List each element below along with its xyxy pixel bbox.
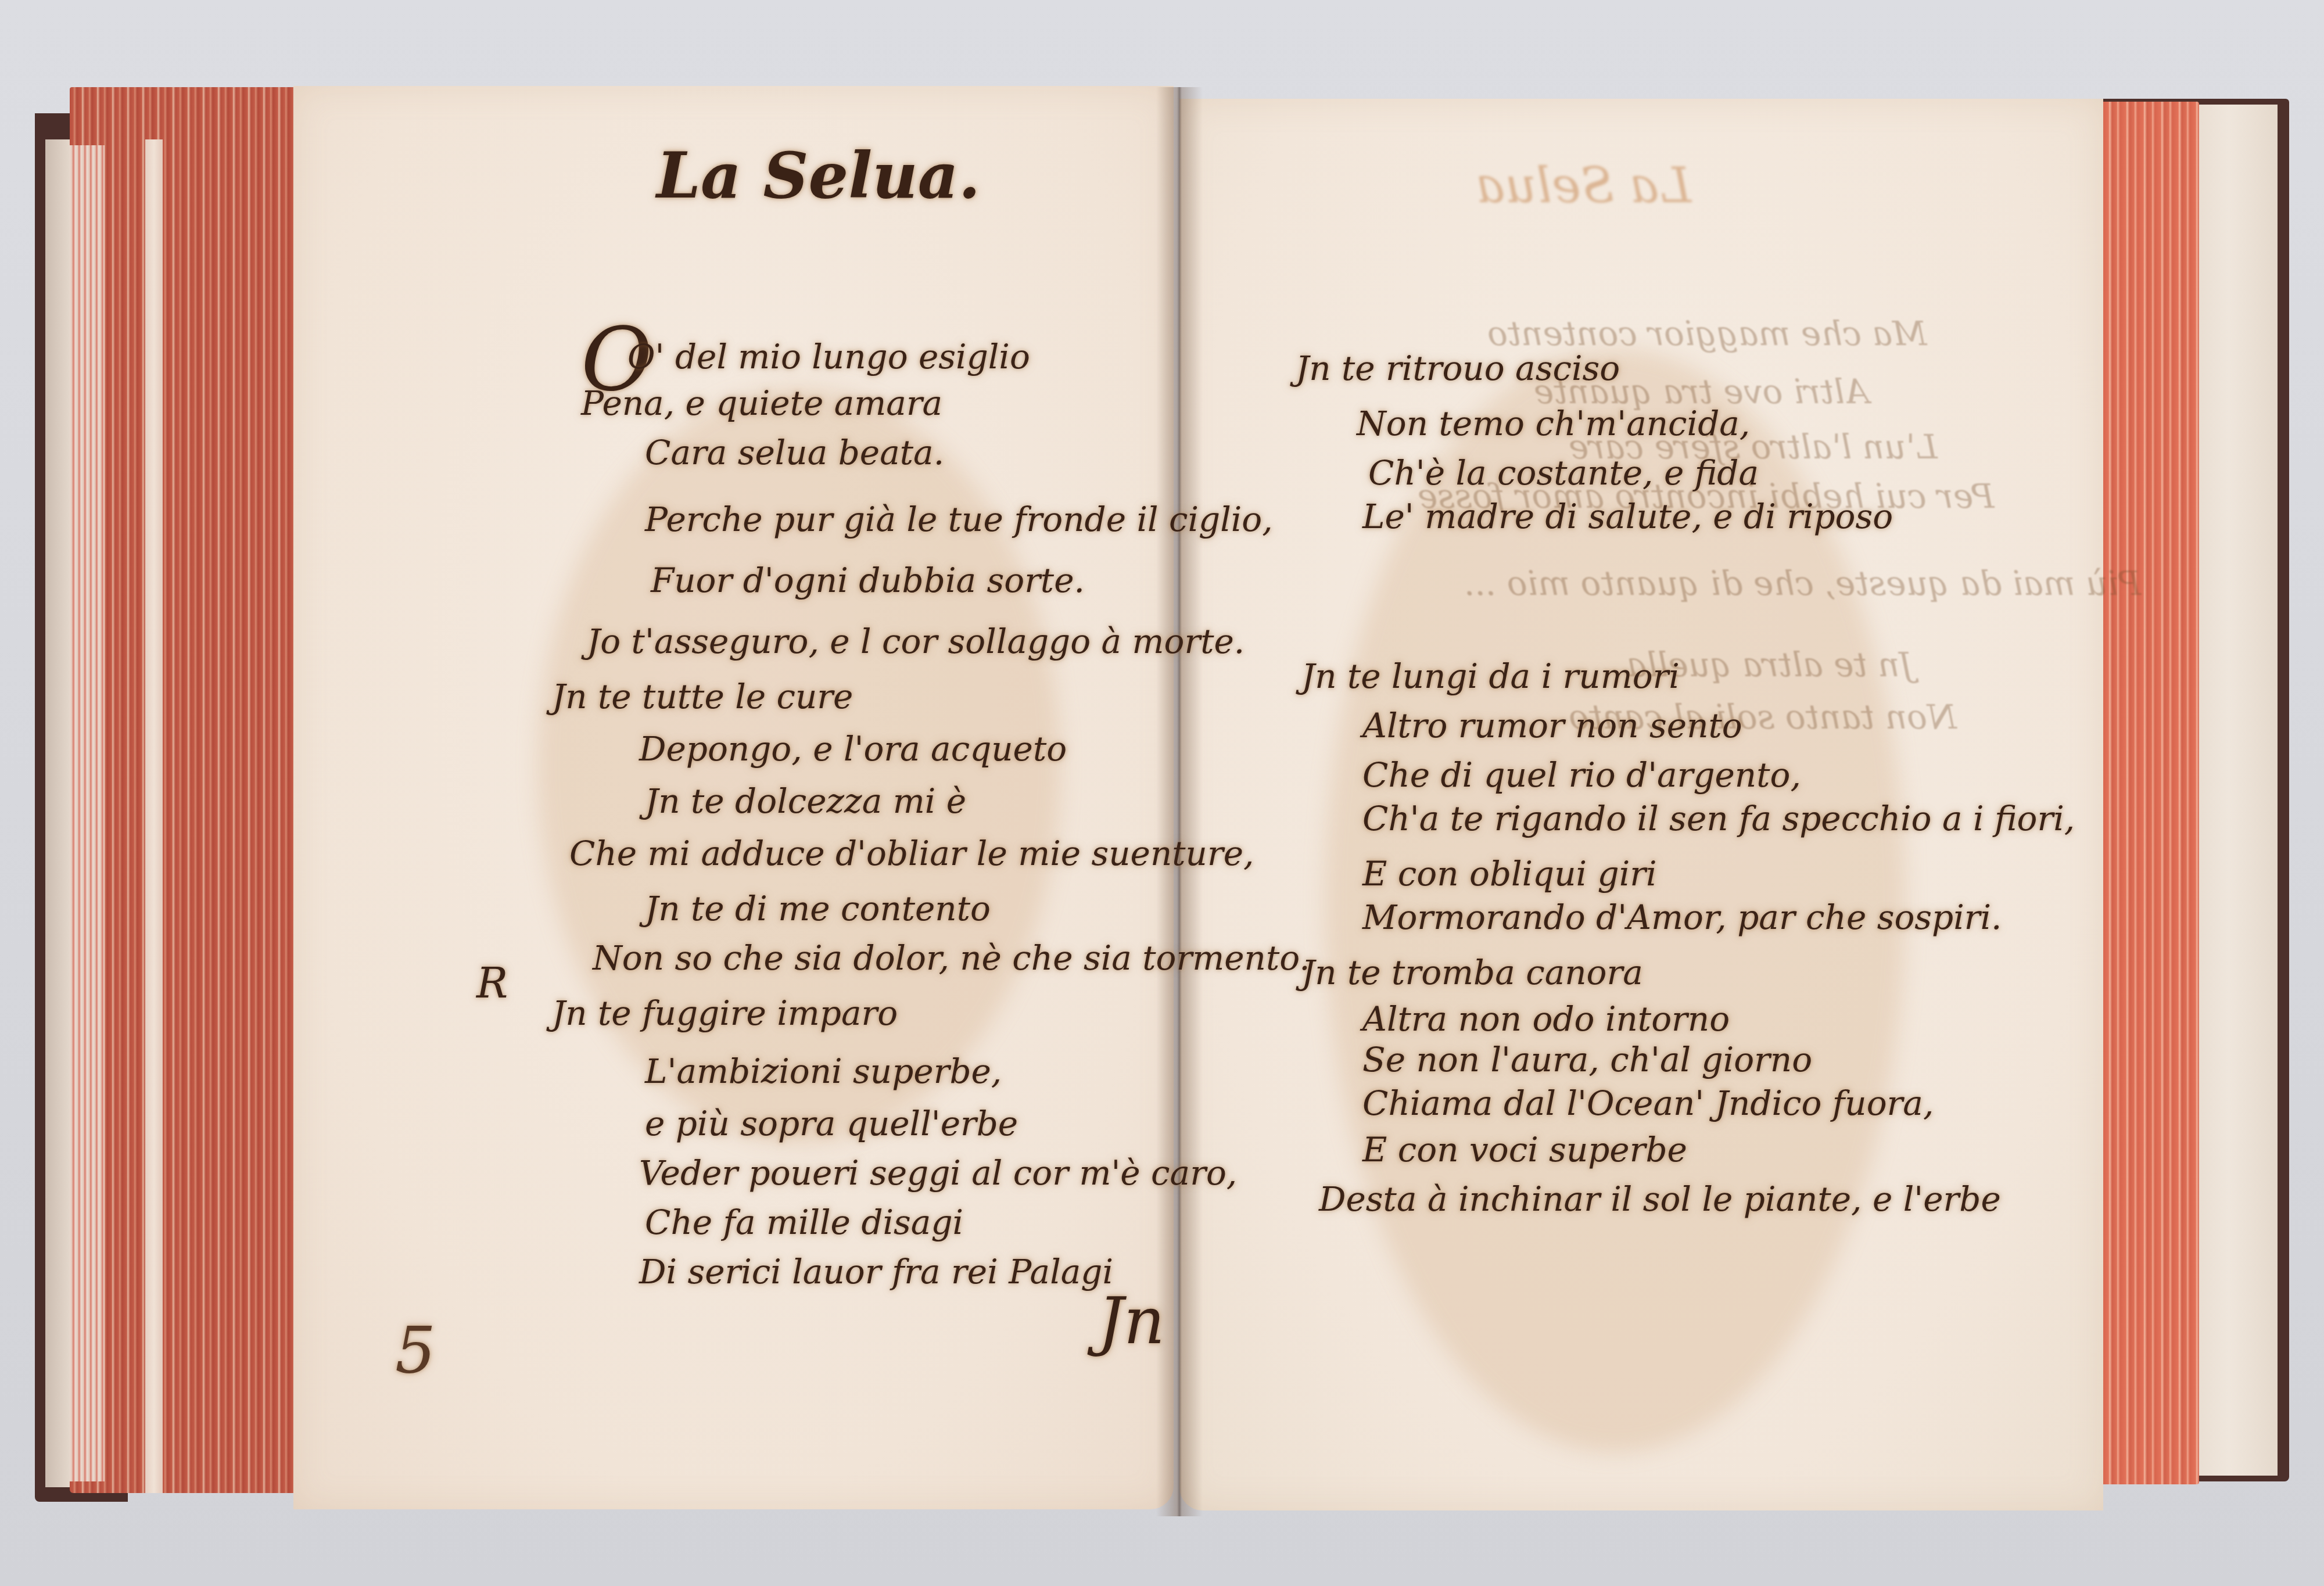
verse-line: Jn te di me contento [645, 889, 991, 928]
verse-line: Di serici lauor fra rei Palagi [639, 1252, 1113, 1291]
verse-line: Fuor d'ogni dubbia sorte. [651, 561, 1085, 600]
verse-line: Perche pur già le tue fronde il ciglio, [645, 500, 1273, 539]
verse-line: Pena, e quiete amara [581, 383, 942, 423]
bleedthrough-line: Ma che maggior contento [1487, 314, 1927, 353]
left-fore-edge-light [70, 145, 105, 1481]
verse-line: Mormorando d'Amor, par che sospiri. [1362, 898, 2002, 937]
margin-note: R [476, 959, 508, 1007]
verse-line: Veder poueri seggi al cor m'è caro, [639, 1153, 1237, 1193]
verse-line: e più sopra quell'erbe [645, 1104, 1018, 1143]
verse-line: Jn te fuggire imparo [552, 993, 898, 1033]
verse-line: Ch'è la costante, e fida [1368, 453, 1759, 493]
verse-line: Jo t'asseguro, e l cor sollaggo à morte. [587, 622, 1245, 661]
verse-line: Altro rumor non sento [1362, 706, 1742, 745]
page-title: La Selua. [657, 139, 980, 213]
verse-line: Non temo ch'm'ancida, [1357, 404, 1750, 443]
verse-line: E con obliqui giri [1362, 854, 1657, 894]
catchword: Jn [1098, 1284, 1165, 1358]
verse-line: Jn te dolcezza mi è [645, 781, 966, 821]
verse-line: Se non l'aura, ch'al giorno [1362, 1040, 1812, 1079]
right-fore-edge-red [2095, 102, 2199, 1484]
verse-line: Ch'a te rigando il sen fa specchio a i f… [1362, 799, 2075, 838]
left-fore-edge-band [145, 139, 163, 1493]
verse-line: Jn te tutte le cure [552, 677, 853, 716]
verse-line: Non so che sia dolor, nè che sia torment… [593, 938, 1310, 978]
verse-line: L'ambizioni superbe, [645, 1052, 1002, 1091]
right-endpaper [2196, 105, 2278, 1476]
verse-line: Depongo, e l'ora acqueto [639, 729, 1067, 769]
folio-mark: 5 [395, 1313, 436, 1387]
page-title-bleedthrough: La Selua [1476, 157, 1691, 214]
verse-line: E con voci superbe [1362, 1130, 1687, 1169]
verse-line: Chiama dal l'Ocean' Jndico fuora, [1362, 1083, 1934, 1123]
verse-line: Altra non odo intorno [1362, 999, 1730, 1039]
verse-line: Desta à inchinar il sol le piante, e l'e… [1319, 1179, 2001, 1219]
open-manuscript: La Selua. O O' del mio lungo esiglio Pen… [0, 0, 2324, 1586]
verse-line: Che fa mille disagi [645, 1203, 963, 1242]
verse-line: Che mi adduce d'obliar le mie suenture, [569, 834, 1254, 873]
verse-line: Jn te lungi da i rumori [1301, 656, 1680, 696]
verse-line: Che di quel rio d'argento, [1362, 755, 1801, 795]
verse-line: Cara selua beata. [645, 433, 944, 472]
verse-line: O' del mio lungo esiglio [627, 337, 1030, 376]
bleedthrough-line: Più mai da queste, che di quanto mio ... [1464, 564, 2141, 603]
verse-line: Le' madre di salute, e di riposo [1362, 497, 1893, 536]
verse-line: Jn te tromba canora [1301, 953, 1643, 992]
verse-line: Jn te ritrouo asciso [1296, 349, 1620, 388]
